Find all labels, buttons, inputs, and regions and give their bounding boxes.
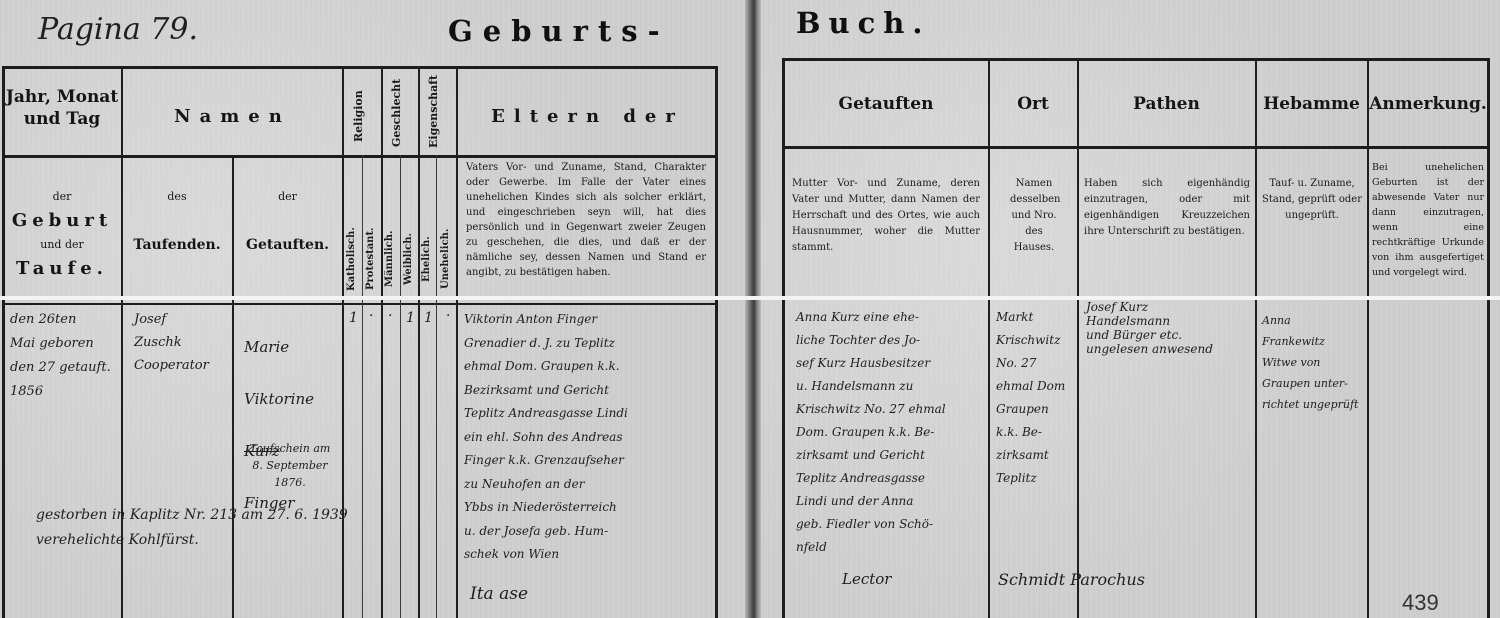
mark-male: · bbox=[388, 308, 392, 324]
entry-mother: Anna Kurz eine ehe- liche Tochter des Jo… bbox=[796, 306, 986, 559]
mark-female: 1 bbox=[406, 310, 415, 326]
entry-father: Viktorin Anton Finger Grenadier d. J. zu… bbox=[464, 308, 714, 567]
subheader-der-2: der bbox=[234, 190, 341, 203]
book-gutter bbox=[745, 0, 761, 618]
col-line bbox=[1255, 58, 1257, 618]
left-subheader-divider bbox=[2, 303, 718, 305]
subheader-remarks-instructions: Bei unehelichen Geburten ist der abwesen… bbox=[1372, 160, 1484, 280]
subheader-place-instructions: Namen desselben und Nro. des Hauses. bbox=[1010, 176, 1058, 256]
subheader-mother-instructions: Mutter Vor- und Zuname, deren Vater und … bbox=[792, 176, 980, 256]
subheader-der: der bbox=[4, 185, 120, 209]
subheader-female: Weiblich. bbox=[403, 222, 414, 296]
header-place: Ort bbox=[990, 94, 1076, 114]
subheader-male: Männlich. bbox=[384, 222, 395, 296]
signature-lector: Lector bbox=[842, 568, 891, 591]
title-right: Buch. bbox=[796, 6, 930, 40]
subheader-baptized: Getauften. bbox=[234, 237, 341, 253]
left-header-divider bbox=[2, 155, 718, 158]
subheader-father-instructions: Vaters Vor- und Zuname, Stand, Charakter… bbox=[466, 160, 706, 280]
subheader-taufe: Taufe. bbox=[4, 257, 120, 281]
subheader-midwife-instructions: Tauf- u. Zuname, Stand, geprüft oder ung… bbox=[1260, 176, 1364, 224]
title-left: Geburts- bbox=[448, 14, 670, 48]
baptized-second-name: Viktorine bbox=[244, 386, 342, 412]
header-names: Namen bbox=[125, 106, 340, 127]
entry-baptism-cert-note: Taufschein am 8. September 1876. bbox=[240, 440, 340, 491]
subheader-godparents-instructions: Haben sich eigenhändig einzutragen, oder… bbox=[1084, 176, 1250, 240]
mark-illegitimate: · bbox=[446, 308, 450, 324]
subheader-und-der: und der bbox=[4, 233, 120, 257]
folio-number: 439 bbox=[1402, 590, 1439, 616]
header-status: Eigenschaft bbox=[427, 78, 440, 148]
subheader-protestant: Protestant. bbox=[365, 222, 376, 296]
header-parents: Eltern der bbox=[460, 106, 715, 127]
header-remarks: Anmerkung. bbox=[1369, 94, 1487, 114]
subheader-baptizer: Taufenden. bbox=[123, 237, 231, 253]
header-religion: Religion bbox=[352, 86, 365, 146]
baptized-first-name: Marie bbox=[244, 334, 342, 360]
col-line bbox=[1367, 58, 1369, 618]
entry-death-note: gestorben in Kaplitz Nr. 213 am 27. 6. 1… bbox=[36, 503, 476, 553]
scan-fold-line bbox=[0, 296, 1500, 300]
header-date-label: Jahr, Monat und Tag bbox=[6, 87, 118, 129]
header-baptized-right: Getauften bbox=[786, 94, 986, 114]
header-sex: Geschlecht bbox=[390, 78, 403, 148]
entry-midwife: Anna Frankewitz Witwe von Graupen unter-… bbox=[1262, 310, 1366, 415]
entry-godparents: Josef Kurz Handelsmann und Bürger etc. u… bbox=[1086, 300, 1254, 356]
subheader-geburt: Geburt bbox=[4, 209, 120, 233]
header-midwife: Hebamme bbox=[1257, 94, 1366, 114]
entry-date: den 26ten Mai geboren den 27 getauft. 18… bbox=[10, 308, 120, 404]
subheader-des: des bbox=[123, 190, 231, 203]
subheader-birth-baptism: der Geburt und der Taufe. bbox=[4, 185, 120, 281]
mark-catholic: 1 bbox=[349, 310, 358, 326]
col-line bbox=[988, 58, 990, 618]
page-label: Pagina 79. bbox=[38, 12, 198, 47]
entry-place: Markt Krischwitz No. 27 ehmal Dom Graupe… bbox=[996, 306, 1076, 490]
header-date: Jahr, Monat und Tag bbox=[4, 86, 120, 130]
signature-left: Ita ase bbox=[470, 583, 670, 606]
mark-legitimate: 1 bbox=[424, 310, 433, 326]
entry-baptizer: Josef Zuschk Cooperator bbox=[134, 308, 232, 377]
mark-protestant: · bbox=[369, 308, 373, 324]
subheader-illegitimate: Unehelich. bbox=[440, 222, 451, 296]
subheader-catholic: Katholisch. bbox=[346, 222, 357, 296]
subheader-legitimate: Ehelich. bbox=[421, 222, 432, 296]
right-header-divider bbox=[782, 146, 1490, 149]
header-godparents: Pathen bbox=[1079, 94, 1254, 114]
signature-parochus: Schmidt Parochus bbox=[998, 568, 1238, 591]
col-line bbox=[1077, 58, 1079, 618]
